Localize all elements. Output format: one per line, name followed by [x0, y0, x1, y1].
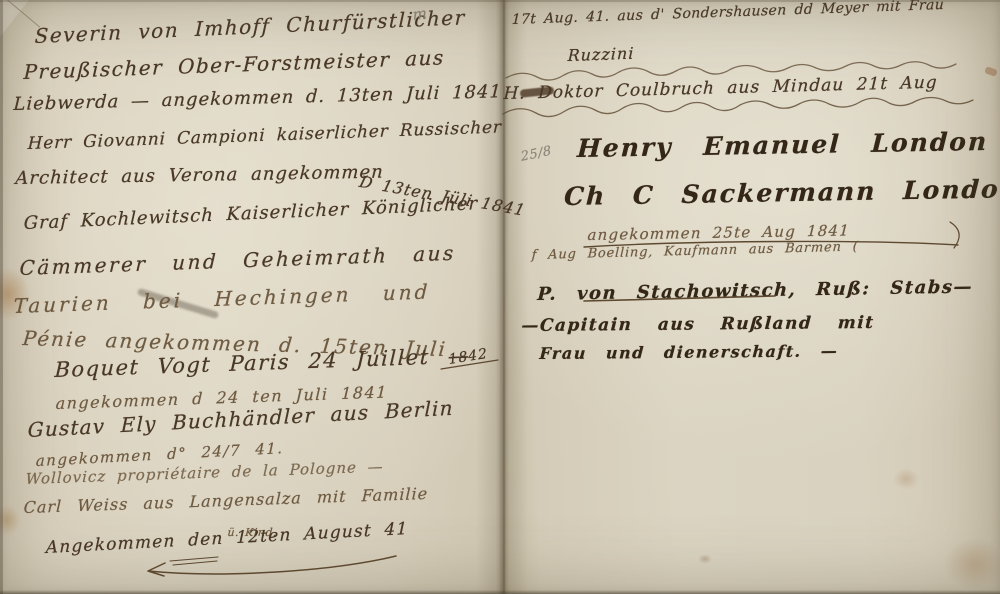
- left-entry1-line3: Liebwerda — angekommen d. 13ten Juli 184…: [13, 81, 502, 115]
- photo-edge: [0, 0, 1000, 2]
- photo-edge: [0, 590, 1000, 594]
- right-entry4-line1: f Aug Boelling, Kaufmann aus Barmen (: [531, 239, 858, 263]
- guestbook-photo: Severin von Imhoff ChurfürstlicherPreußi…: [0, 0, 1000, 594]
- left-entry3-line1: Graf Kochlewitsch Kaiserlicher Königlich…: [23, 193, 478, 234]
- right-entry5-line3: Frau und dienerschaft. —: [539, 341, 839, 363]
- right-entry2-line1: H. Doktor Coulbruch aus Mindau 21t Aug: [503, 73, 938, 104]
- left-entry8-line1: Angekommen den 12ten August 41: [46, 519, 409, 558]
- right-entry3-line1: Henry Emanuel London: [576, 127, 988, 163]
- left-entry1-line1: Severin von Imhoff Churfürstlicher: [34, 5, 466, 48]
- right-entry1-line2: Ruzzini: [567, 44, 634, 65]
- right-page-pencil-note: 25/8: [520, 144, 553, 165]
- left-entry1-line2: Preußischer Ober-Forstmeister aus: [23, 45, 445, 84]
- left-page-pencil-note: m: [412, 4, 427, 24]
- right-entry3-line2: Ch C Sackermann London: [563, 174, 1000, 211]
- left-entry2-line2: Architect aus Verona angekommen: [15, 162, 384, 189]
- handwriting-layer: Severin von Imhoff ChurfürstlicherPreußi…: [0, 0, 1000, 594]
- left-entry2-line1: Herr Giovanni Campioni kaiserlicher Russ…: [27, 117, 502, 154]
- right-entry5-line2: —Capitain aus Rußland mit: [521, 313, 875, 336]
- left-entry7-line1: Carl Weiss aus Langensalza mit Familie: [23, 484, 428, 517]
- right-entry5-line1: P. von Stachowitsch, Ruß: Stabs—: [537, 276, 974, 305]
- left-entry3-line3: Taurien bei Hechingen und: [13, 279, 431, 318]
- photo-edge: [0, 0, 3, 594]
- right-entry1-line1: 17t Aug. 41. aus d' Sondershausen dd Mey…: [511, 0, 944, 28]
- left-entry3-line2: Cämmerer und Geheimrath aus: [19, 241, 456, 280]
